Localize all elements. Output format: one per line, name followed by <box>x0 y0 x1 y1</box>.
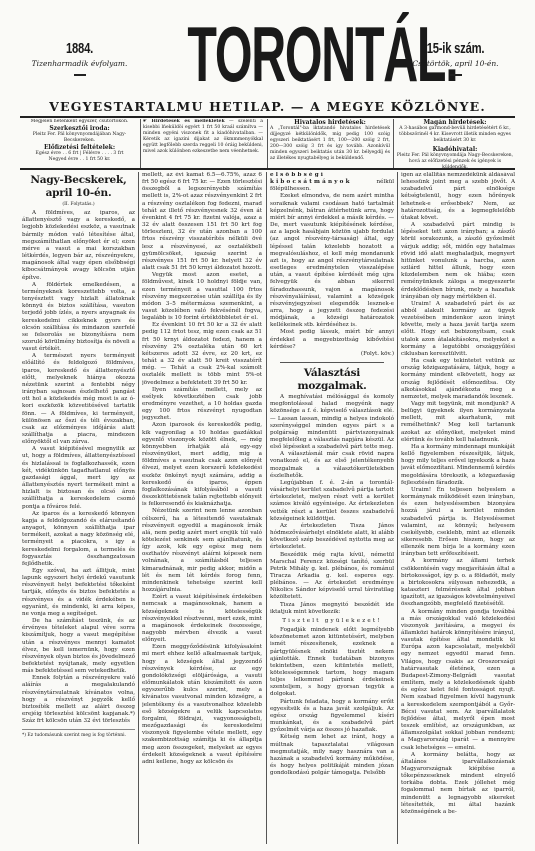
paragraph: Azon iparosok és kereskedők pedig, kik v… <box>142 422 262 508</box>
paragraph: Fogadják mindenek előtt legmélyebb köszö… <box>270 627 394 699</box>
paragraph: Ez évenkint 10 frt 50 kr a 32 év alatt p… <box>142 322 262 386</box>
publication-info-box: Megjelen hetenként egyszer, csütörtökön.… <box>22 119 137 168</box>
paragraph: Pártunk feladata, hogy a kormány erőit e… <box>270 699 394 735</box>
spaced-emphasis: elsőbbségi kibocsátmányok <box>270 172 352 185</box>
ads-info-box: ☛ Hirdetések és melléklétek — szélénti a… <box>143 119 263 168</box>
continuation-note: (Folyt. köv.) <box>270 351 394 358</box>
paragraph: Vegyük most azon esetet, a földművest, k… <box>142 272 262 322</box>
article-subtitle: (II. Folytatás.) <box>22 201 135 208</box>
paragraph: Tisza János megnyitó beszédét ide iktatj… <box>270 602 394 616</box>
section-title: Választási mozgalmak. <box>270 367 394 393</box>
article-column-1: Nagy-Becskerek, april 10-én. (II. Folyta… <box>22 172 135 848</box>
top-rule <box>20 116 515 118</box>
column-divider <box>140 119 141 168</box>
paragraph: Az iparos és a kereskedő könnyen kapja a… <box>22 511 135 568</box>
official-ads-heading: Hivatalos hirdetések: <box>270 119 390 126</box>
tagline: VEGYESTARTALMU HETILAP. — A MEGYE KÖZLÖN… <box>0 99 535 114</box>
paragraph: A földmíves, az iparos, az állattenyészt… <box>22 210 135 282</box>
paragraph: De ha számítást teszünk, és az érvényes … <box>22 618 135 675</box>
paragraph: Vagy mit tegyünk, mit mondjunk? A belügy… <box>401 401 515 444</box>
issue-date: Csütörtök, april 10-én. <box>398 59 513 68</box>
column-divider <box>138 172 139 844</box>
publisher-heading: Kiadóhivatal: <box>396 146 514 153</box>
paragraph: Nézetünk szerint nem lenne azonban célsz… <box>142 508 262 594</box>
masthead-left: 1884. Tizenharmadik évfolyam. <box>22 40 137 76</box>
paragraph: A szabadelvű párt mindig is lépéseket te… <box>401 222 515 301</box>
article-column-3: elsőbbségi kibocsátmányok nélkül fölépül… <box>270 172 394 844</box>
paragraph: A természet nyers terményeit előállító é… <box>22 353 135 446</box>
paragraph: A választásnál már csak rövid napra vona… <box>270 451 394 480</box>
masthead-right: 15-ik szám. Csütörtök, april 10-én. <box>398 40 513 76</box>
paragraph: mellett, az évi kamat 6.5—6.75%, azaz 6 … <box>142 172 262 272</box>
paragraph: Legújabban f. é. 2-án a torontál-vásárhe… <box>270 480 394 523</box>
private-ads-box: Magán hirdetések: A 3-hasábos garmond-be… <box>396 119 514 168</box>
footnote: *) Ez tudomásunk szerint meg is fog tört… <box>22 729 135 739</box>
article-title: Nagy-Becskerek, april 10-én. <box>22 174 135 200</box>
pointing-hand-icon: ☛ <box>143 119 147 124</box>
column-divider <box>393 119 394 168</box>
paragraph: Kétség nem lehet az iránt, hogy a múltna… <box>270 734 394 777</box>
paragraph: Uraim! Én teljesen helyeslem a kormányna… <box>401 487 515 559</box>
section-separator <box>280 362 384 363</box>
paragraph: A kormány az állami terhek csökkentésén … <box>401 558 515 608</box>
private-ads-text: A 3-hasábos garmond-bevüli hirdetésétért… <box>396 126 514 144</box>
ornament-dash <box>450 74 462 76</box>
issue-number: 15-ik szám. <box>412 40 498 57</box>
paragraph: Ezen meggyőződésünk kifolyásaként mi mer… <box>142 644 262 766</box>
header-bottom-rule <box>20 168 515 170</box>
masthead: 1884. Tizenharmadik évfolyam. TORONTÁL. … <box>0 0 535 110</box>
article-column-2: mellett, az évi kamat 6.5—6.75%, azaz 6 … <box>142 172 262 844</box>
ads-text: — szélénti a kisebbi lñeküldöi egyért 1 … <box>143 119 263 154</box>
paragraph: A kormány minden gondja továbbá a más or… <box>401 609 515 752</box>
paragraph: Ilyen számítás mellett, mely az esélyek … <box>142 387 262 423</box>
paragraph: A kormány belátta, hogy az általános ipa… <box>401 752 515 816</box>
paragraph: Beszédük még rajta kívül, németül Marsch… <box>270 552 394 602</box>
official-ads-box: Hivatalos hirdetések: A „Torontál"-ba ik… <box>270 119 390 168</box>
paragraph: Egy szóval, ha azt állitjuk, mint lapunk… <box>22 568 135 618</box>
publisher-text: Pleitz Fer. Pál könyvnyomdája Nagy-Becsk… <box>396 153 514 168</box>
publication-year: 1884. <box>36 40 122 57</box>
volume-label: Tizenharmadik évfolyam. <box>22 59 137 68</box>
ornament-dash <box>74 74 86 76</box>
official-ads-text: A „Torontál"-ba iktatandó hivatalos hird… <box>270 126 390 162</box>
column-divider <box>397 172 398 844</box>
column-divider <box>267 119 268 168</box>
newspaper-title: TORONTÁL. <box>187 8 348 100</box>
speech-heading: Tisztelt gyülekezet! <box>270 618 394 625</box>
paragraph: Uraim! A szabadelvű párt és az abból ala… <box>401 301 515 358</box>
paragraph: igen az elállítás nemzedékünk áldásával … <box>401 172 515 222</box>
paragraph: Az értekezleten Tisza János hódmezővásár… <box>270 523 394 552</box>
ads-heading: Hirdetések és melléklétek <box>151 119 224 124</box>
paragraph: A vasut kiépitésével megnyilik az ut, ho… <box>22 446 135 510</box>
article-column-4: igen az elállítás nemzedékünk áldásával … <box>401 172 515 844</box>
editorial-office-heading: Szerkesztői iroda: <box>22 125 137 132</box>
paragraph: A meghívatási mélósággal és komoly megfo… <box>270 394 394 451</box>
paragraph: A földértek emelkedésen, a terményeknek … <box>22 282 135 354</box>
paragraph: Ha a kormány mindennapi munkáját kellő f… <box>401 444 515 487</box>
paragraph: Ennek folytán a részvényekre való aláírá… <box>22 675 135 725</box>
private-ads-heading: Magán hirdetések: <box>396 119 514 126</box>
paragraph: Most pedig lássuk, miért bír annyi érdek… <box>270 329 394 350</box>
paragraph: Ezeket elmondva, de nem azért mintha sor… <box>270 193 394 329</box>
paragraph: Ezért a vasut kiépítésének érdekében nem… <box>142 594 262 644</box>
paragraph: Ha csak egy tekintetet vetünk az ország … <box>401 358 515 401</box>
editorial-office-text: Pleitz Fer. Pál könyvnyomdájában Nagy-Be… <box>22 132 137 144</box>
subscription-price-2: Negyed évre . . 1 frt 50 kr. <box>22 157 137 163</box>
column-divider <box>266 172 267 844</box>
subscription-heading: Előfizetési feltételek: <box>22 144 137 151</box>
